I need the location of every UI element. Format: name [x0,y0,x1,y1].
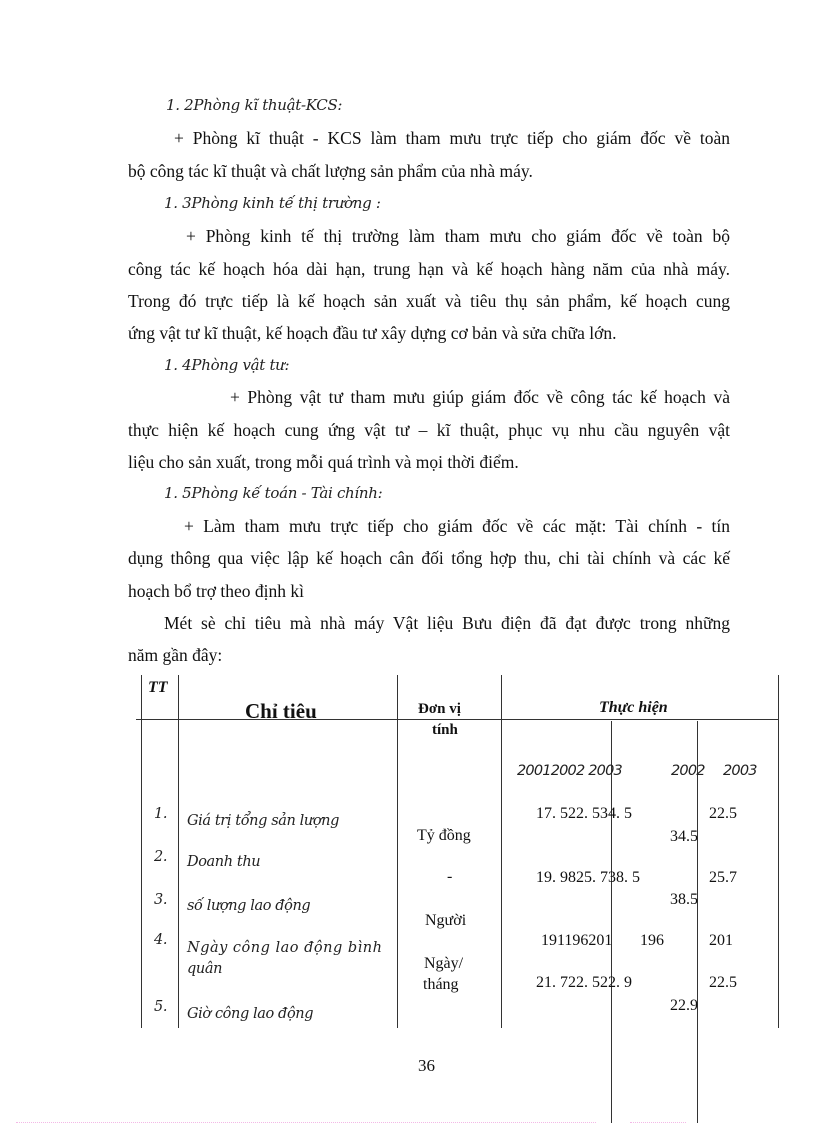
table-border-left [141,675,142,1028]
paragraph-line: + Phòng kinh tế thị trường làm tham mưu … [128,226,730,247]
row-value-2002: 22.9 [670,997,698,1015]
row-values: 191196201 [541,932,612,950]
paragraph-line: dụng thông qua việc lập kế hoạch cân đối… [128,548,730,569]
paragraph-line: thực hiện kế hoạch cung ứng vật tư – kĩ … [128,420,730,441]
intro-line: Mét sè chỉ tiêu mà nhà máy Vật liệu Bưu … [128,613,730,634]
header-years: 20012002 2003 [517,763,622,779]
section-heading-ky-thuat: 1. 2Phòng kĩ thuật-KCS: [166,96,342,114]
page-number: 36 [418,1056,435,1076]
row-label: Doanh thu [187,854,260,870]
section-heading-kinh-te: 1. 3Phòng kinh tế thị trường : [164,194,381,212]
row-unit: Tỷ đồng [417,827,471,845]
row-value-2002: 34.5 [670,828,698,846]
header-don-vi: Đơn vị [418,701,461,718]
row-number: 2. [154,849,167,865]
paragraph-line: + Phòng vật tư tham mưu giúp giám đốc về… [128,387,730,408]
row-number: 3. [154,892,167,908]
header-year-2002: 2002 [671,763,705,779]
header-don-vi-tinh: tính [432,722,458,739]
table-column-divider [697,721,698,1123]
section-heading-ke-toan: 1. 5Phòng kế toán - Tài chính: [164,484,382,502]
row-unit: - [447,868,452,886]
intro-line: năm gần đây: [128,645,222,666]
row-label: Giờ công lao động [187,1006,313,1022]
table-column-divider [397,675,398,1028]
row-number: 5. [154,999,167,1015]
row-values: 21. 722. 522. 9 [536,974,632,992]
row-number: 4. [154,932,167,948]
row-number: 1. [154,806,167,822]
table-border-right [778,675,779,1028]
table-column-divider [178,675,179,1028]
table-column-divider [501,675,502,1028]
table-column-divider [611,721,612,1123]
row-value-2003: 22.5 [709,805,737,823]
row-value-2003: 201 [709,932,733,950]
paragraph-line: hoạch bổ trợ theo định kì [128,581,304,602]
paragraph-line: ứng vật tư kĩ thuật, kế hoạch đầu tư xây… [128,323,617,344]
row-label: Ngày công lao động bình [187,940,382,956]
row-value-2002: 196 [640,932,664,950]
row-values: 19. 9825. 738. 5 [536,869,640,887]
row-value-2003: 22.5 [709,974,737,992]
paragraph-line: công tác kế hoạch hóa dài hạn, trung hạn… [128,259,730,280]
row-label-continued: quân [187,961,222,977]
paragraph-line: bộ công tác kĩ thuật và chất lượng sản p… [128,161,533,182]
paragraph-line: + Phòng kĩ thuật - KCS làm tham mưu trực… [128,128,730,149]
paragraph-line: liệu cho sản xuất, trong mỗi quá trình v… [128,452,519,473]
row-unit-continued: tháng [423,976,459,994]
paragraph-line: + Làm tham mưu trực tiếp cho giám đốc về… [128,516,730,537]
header-chi-tieu: Chỉ tiêu [245,699,317,724]
row-value-2002: 38.5 [670,891,698,909]
row-label: Giá trị tổng sản lượng [187,813,339,829]
header-thuc-hien: Thực hiện [599,699,668,717]
table-header-divider [136,719,778,720]
row-label: số lượng lao động [187,898,310,914]
header-tt: TT [148,679,168,697]
paragraph-line: Trong đó trực tiếp là kế hoạch sản xuất … [128,291,730,312]
header-year-2003: 2003 [723,763,757,779]
row-unit: Ngày/ [424,955,463,973]
row-values: 17. 522. 534. 5 [536,805,632,823]
row-value-2003: 25.7 [709,869,737,887]
section-heading-vat-tu: 1. 4Phòng vật tư: [164,356,289,374]
row-unit: Người [425,912,466,930]
